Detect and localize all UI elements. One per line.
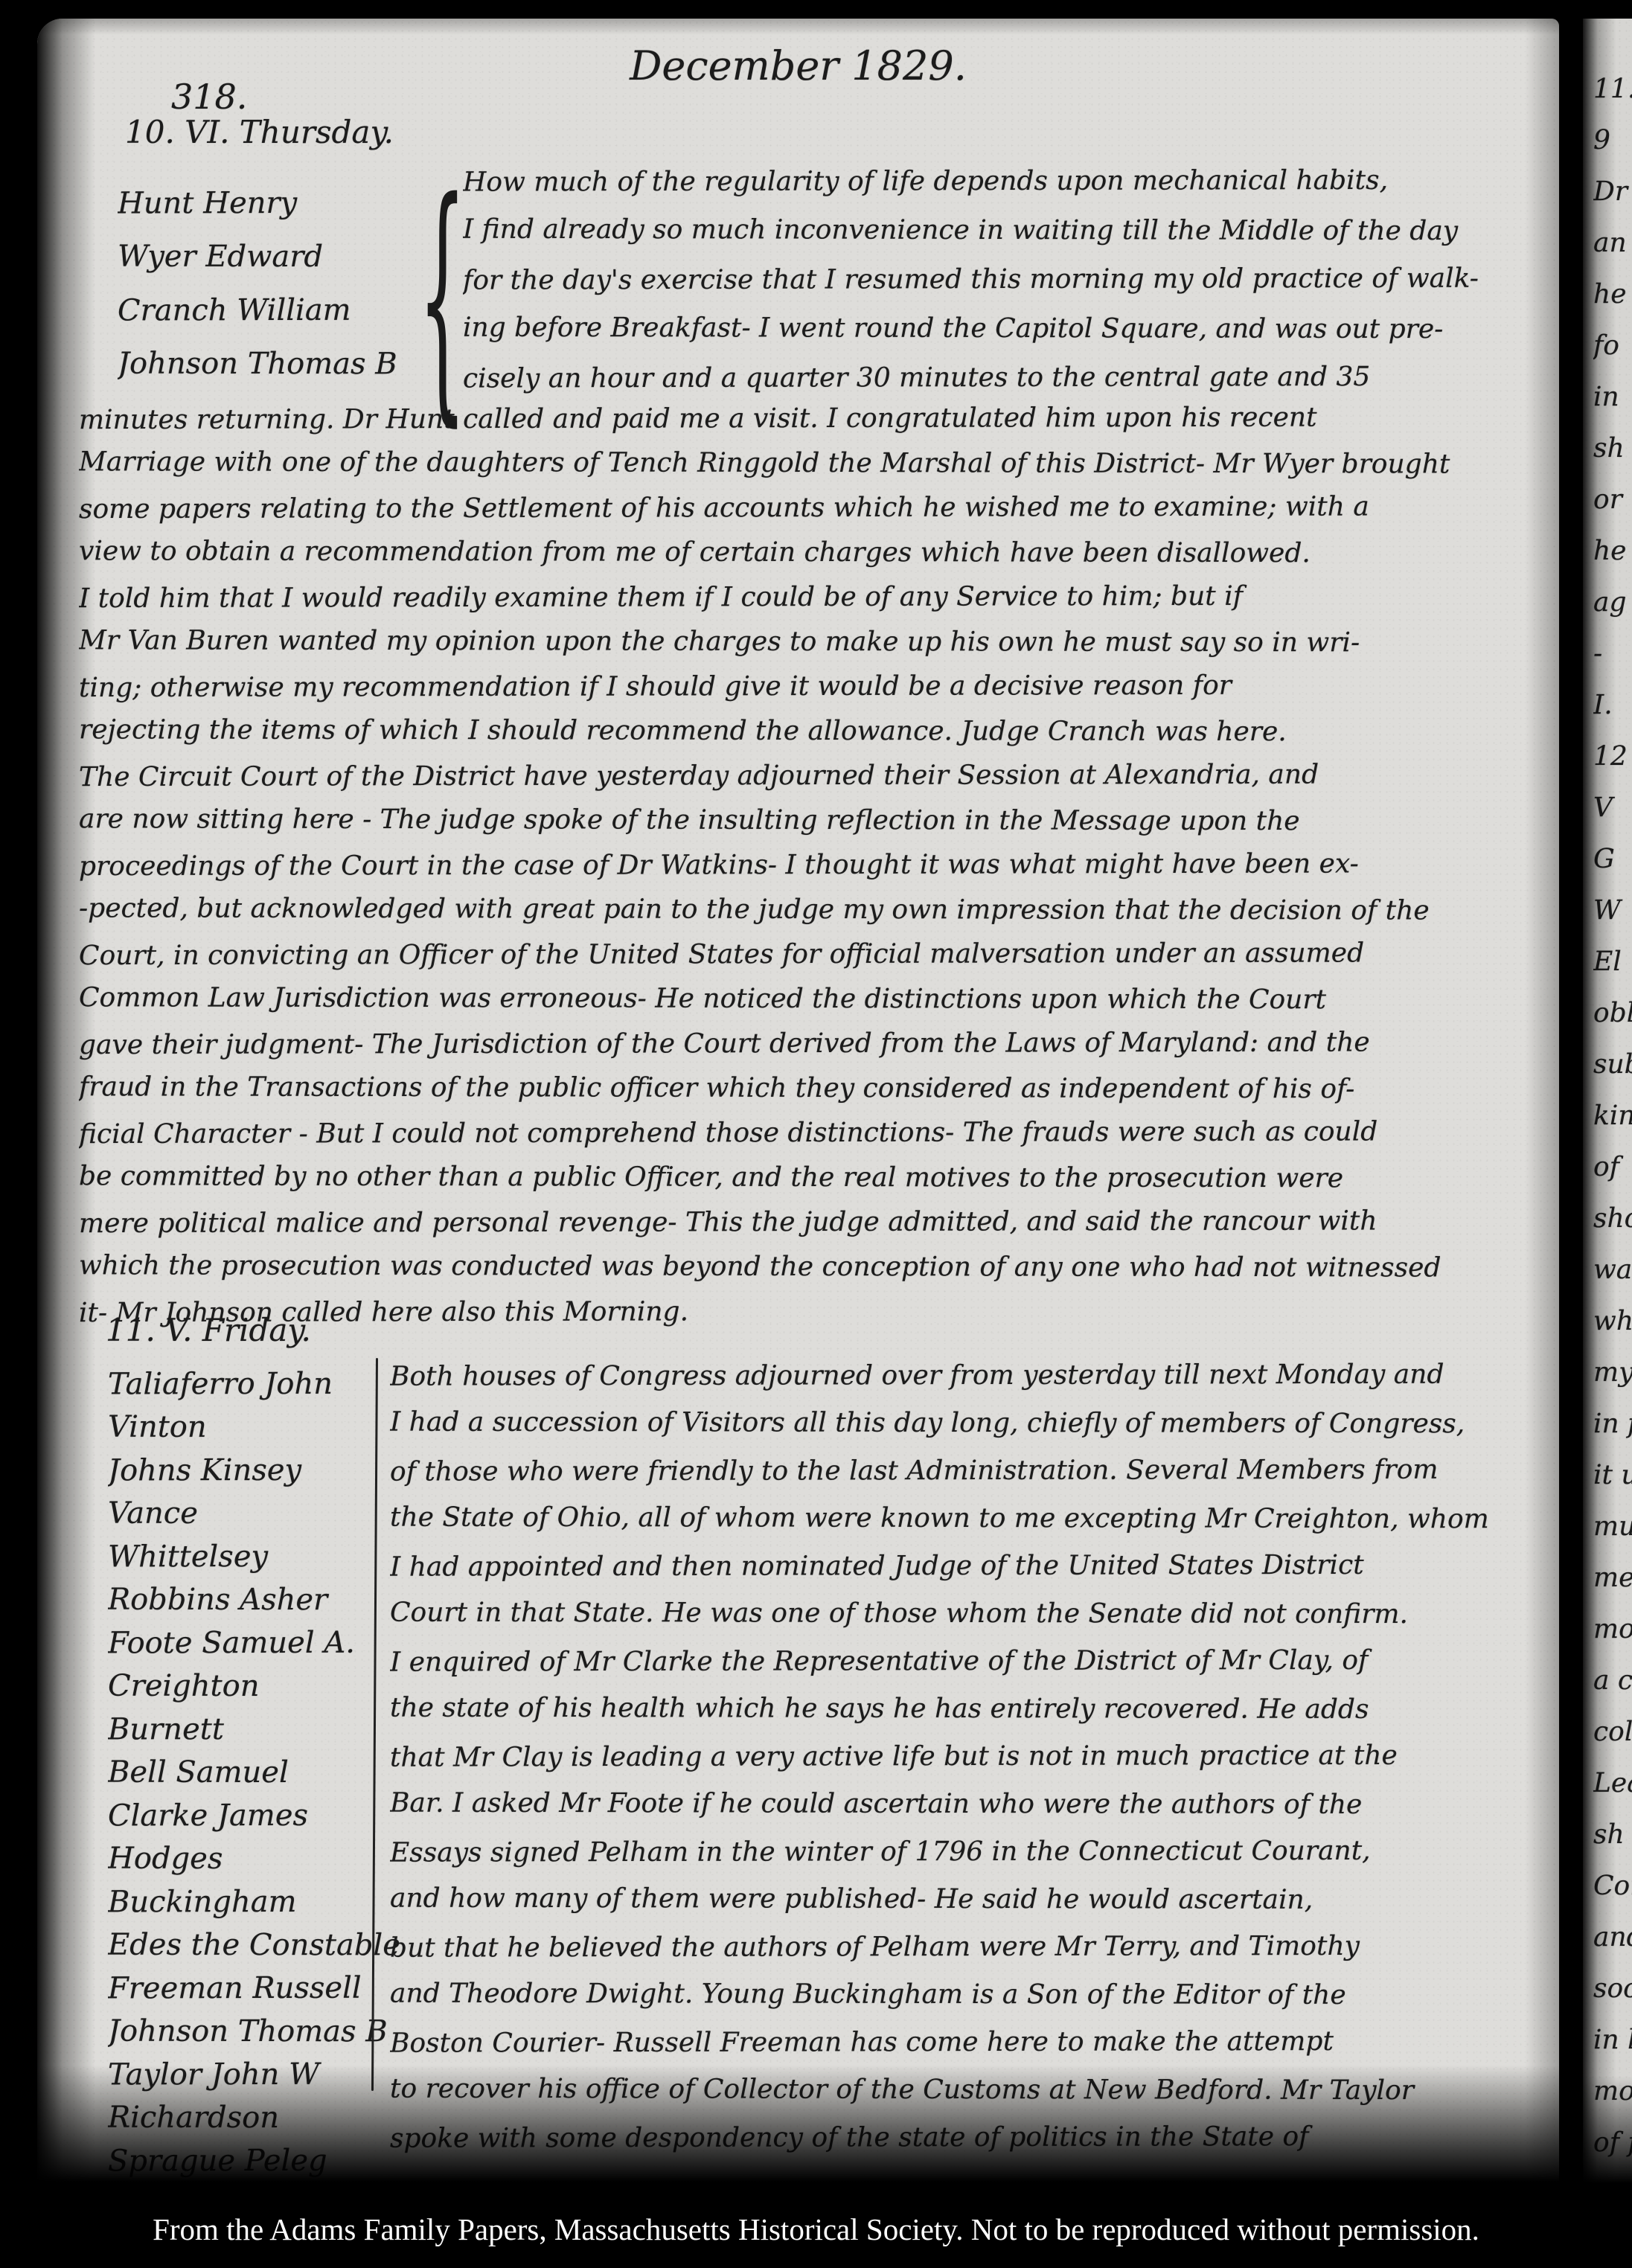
manuscript-line: and Theodore Dwight. Young Buckingham is… — [390, 1970, 1555, 2020]
manuscript-fragment: mo — [1593, 1604, 1632, 1655]
manuscript-fragment: an — [1593, 217, 1632, 269]
month-header: December 1829. — [37, 42, 1559, 89]
margin-name: Hodges — [108, 1837, 406, 1881]
manuscript-fragment: in — [1593, 371, 1632, 423]
margin-name: Taylor John W — [108, 2053, 406, 2097]
manuscript-fragment: El — [1593, 936, 1632, 987]
manuscript-line: fraud in the Transactions of the public … — [79, 1065, 1556, 1112]
manuscript-fragment: mo — [1593, 2066, 1632, 2117]
adjacent-page-text-fragments: 11.9Dranhefoinshorheag-I.12VGWEloblsubki… — [1593, 63, 1632, 2168]
manuscript-line: ficial Character - But I could not compr… — [79, 1109, 1556, 1157]
manuscript-line: Marriage with one of the daughters of Te… — [79, 440, 1556, 487]
margin-name: Hunt Henry — [118, 176, 445, 231]
margin-name: Vinton — [108, 1406, 406, 1449]
manuscript-fragment: Dr — [1593, 166, 1632, 217]
manuscript-line: the state of his health which he says he… — [390, 1685, 1555, 1734]
margin-name: Bell Samuel — [108, 1751, 406, 1795]
margin-name: Whittelsey — [108, 1535, 406, 1579]
manuscript-fragment: sho — [1593, 1193, 1632, 1244]
manuscript-fragment: of f — [1593, 2117, 1632, 2168]
manuscript-fragment: in f — [1593, 1398, 1632, 1449]
manuscript-line: mere political malice and personal reven… — [79, 1199, 1556, 1246]
margin-name: Wyer Edward — [118, 230, 445, 284]
manuscript-fragment: a c — [1593, 1655, 1632, 1706]
manuscript-line: -pected, but acknowledged with great pai… — [79, 886, 1556, 933]
manuscript-line: to recover his office of Collector of th… — [390, 2066, 1555, 2115]
manuscript-fragment: it u — [1593, 1449, 1632, 1501]
manuscript-line: Mr Van Buren wanted my opinion upon the … — [79, 618, 1556, 665]
manuscript-fragment: of — [1593, 1141, 1632, 1193]
manuscript-fragment: kin — [1593, 1090, 1632, 1141]
margin-name: Creighton — [108, 1665, 406, 1708]
entry-1-column-text: How much of the regularity of life depen… — [463, 157, 1546, 403]
margin-name: Edes the Constable — [108, 1923, 406, 1967]
manuscript-fragment: obl — [1593, 987, 1632, 1039]
manuscript-line: I had appointed and then nominated Judge… — [390, 1541, 1555, 1591]
manuscript-scan: 318. December 1829. 10. VI. Thursday. Hu… — [0, 0, 1632, 2268]
manuscript-fragment: he — [1593, 269, 1632, 320]
entry-1-heading: 10. VI. Thursday. — [125, 114, 394, 150]
margin-name: Johns Kinsey — [108, 1449, 406, 1493]
manuscript-line: be committed by no other than a public O… — [79, 1154, 1556, 1201]
manuscript-line: and how many of them were published- He … — [390, 1875, 1555, 1925]
manuscript-fragment: 11. — [1593, 63, 1632, 115]
manuscript-line: I find already so much inconvenience in … — [463, 205, 1546, 257]
manuscript-line: for the day's exercise that I resumed th… — [463, 254, 1546, 305]
manuscript-fragment: col — [1593, 1706, 1632, 1758]
manuscript-line: I told him that I would readily examine … — [79, 574, 1556, 621]
manuscript-fragment: soo — [1593, 1963, 1632, 2014]
margin-name: Foote Samuel A. — [108, 1621, 406, 1665]
caption-bar: From the Adams Family Papers, Massachuse… — [0, 2191, 1632, 2268]
manuscript-fragment: G — [1593, 833, 1632, 885]
manuscript-line: Common Law Jurisdiction was erroneous- H… — [79, 976, 1556, 1022]
margin-name: Vance — [108, 1492, 406, 1536]
caption-text: From the Adams Family Papers, Massachuse… — [153, 2211, 1479, 2247]
manuscript-line: which the prosecution was conducted was … — [79, 1243, 1556, 1290]
manuscript-line: of those who were friendly to the last A… — [390, 1446, 1555, 1496]
manuscript-fragment: in l — [1593, 2014, 1632, 2066]
manuscript-fragment: V — [1593, 782, 1632, 833]
manuscript-fragment: and — [1593, 1912, 1632, 1963]
manuscript-fragment: me — [1593, 1552, 1632, 1604]
manuscript-line: view to obtain a recommendation from me … — [79, 529, 1556, 576]
manuscript-fragment: 12 — [1593, 731, 1632, 782]
manuscript-line: gave their judgment- The Jurisdiction of… — [79, 1020, 1556, 1068]
manuscript-fragment: I. — [1593, 679, 1632, 731]
manuscript-line: Court, in convicting an Officer of the U… — [79, 931, 1556, 978]
entry-1-full-text: minutes returning. Dr Hunt called and pa… — [79, 397, 1556, 1334]
margin-name: Freeman Russell — [108, 1967, 406, 2011]
manuscript-fragment: Lea — [1593, 1758, 1632, 1809]
manuscript-fragment: ag — [1593, 577, 1632, 628]
manuscript-fragment: W — [1593, 885, 1632, 936]
margin-name: Sprague Peleg — [108, 2139, 406, 2183]
manuscript-fragment: or — [1593, 474, 1632, 525]
manuscript-line: some papers relating to the Settlement o… — [79, 484, 1556, 532]
manuscript-line: I enquired of Mr Clarke the Representati… — [390, 1636, 1555, 1686]
manuscript-line: ting; otherwise my recommendation if I s… — [79, 663, 1556, 711]
manuscript-line: are now sitting here - The judge spoke o… — [79, 797, 1556, 844]
manuscript-fragment: he — [1593, 525, 1632, 577]
manuscript-line: Bar. I asked Mr Foote if he could ascert… — [390, 1780, 1555, 1830]
manuscript-line: rejecting the items of which I should re… — [79, 708, 1556, 755]
margin-name: Johnson Thomas B — [108, 2010, 406, 2054]
manuscript-line: that Mr Clay is leading a very active li… — [390, 1732, 1555, 1781]
manuscript-fragment: 9 — [1593, 115, 1632, 166]
margin-name: Richardson — [108, 2096, 406, 2140]
manuscript-fragment: was — [1593, 1244, 1632, 1295]
manuscript-fragment: sub — [1593, 1039, 1632, 1090]
manuscript-fragment: mu — [1593, 1501, 1632, 1552]
manuscript-line: The Circuit Court of the District have y… — [79, 752, 1556, 800]
manuscript-line: How much of the regularity of life depen… — [463, 156, 1546, 207]
margin-name: Johnson Thomas B — [118, 337, 445, 391]
margin-name: Taliaferro John — [108, 1362, 406, 1406]
manuscript-line: Boston Courier- Russell Freeman has come… — [390, 2017, 1555, 2067]
manuscript-fragment: fo — [1593, 320, 1632, 371]
manuscript-fragment: sh — [1593, 1809, 1632, 1860]
manuscript-fragment: my — [1593, 1347, 1632, 1398]
manuscript-line: but that he believed the authors of Pelh… — [390, 1922, 1555, 1972]
diary-page: 318. December 1829. 10. VI. Thursday. Hu… — [37, 19, 1559, 2195]
manuscript-line: ing before Breakfast- I went round the C… — [463, 304, 1546, 355]
manuscript-fragment: wh — [1593, 1295, 1632, 1347]
manuscript-fragment: Com — [1593, 1860, 1632, 1912]
manuscript-line: Court in that State. He was one of those… — [390, 1589, 1555, 1639]
manuscript-line: Both houses of Congress adjourned over f… — [390, 1351, 1555, 1400]
manuscript-line: minutes returning. Dr Hunt called and pa… — [79, 395, 1556, 443]
entry-2-heading: 11. V. Friday. — [106, 1312, 311, 1348]
manuscript-line: the State of Ohio, all of whom were know… — [390, 1494, 1555, 1544]
manuscript-line: I had a succession of Visitors all this … — [390, 1399, 1555, 1449]
margin-name: Clarke James — [108, 1794, 406, 1838]
margin-name: Burnett — [108, 1708, 406, 1752]
manuscript-line: proceedings of the Court in the case of … — [79, 842, 1556, 889]
entry-1-margin-names: Hunt HenryWyer EdwardCranch WilliamJohns… — [118, 176, 445, 391]
manuscript-fragment: sh — [1593, 423, 1632, 474]
margin-name: Buckingham — [108, 1880, 406, 1924]
entry-2-margin-names: Taliaferro JohnVintonJohns KinseyVanceWh… — [108, 1362, 406, 2182]
adjacent-page-sliver: 11.9Dranhefoinshorheag-I.12VGWEloblsubki… — [1583, 19, 1632, 2195]
manuscript-line: spoke with some despondency of the state… — [390, 2112, 1555, 2162]
margin-name: Cranch William — [118, 283, 445, 338]
entry-2-column-text: Both houses of Congress adjourned over f… — [390, 1352, 1555, 2162]
manuscript-fragment: - — [1593, 628, 1632, 679]
margin-name: Robbins Asher — [108, 1578, 406, 1622]
manuscript-line: Essays signed Pelham in the winter of 17… — [390, 1827, 1555, 1877]
